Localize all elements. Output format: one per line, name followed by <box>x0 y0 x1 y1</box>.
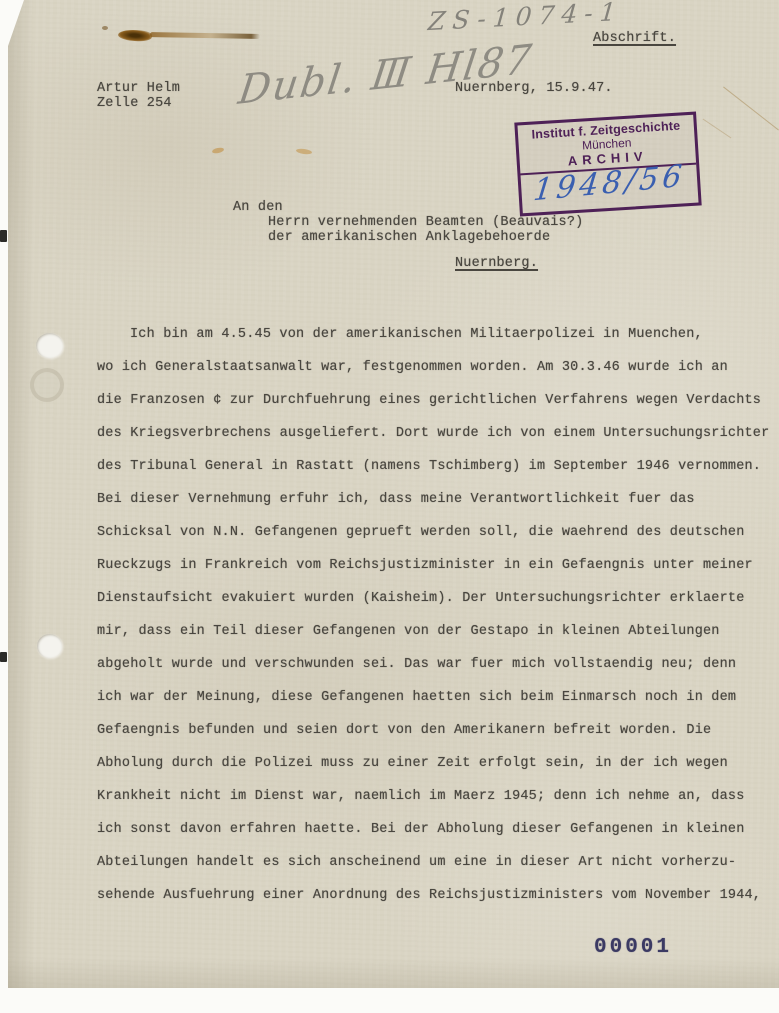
body-line: Bei dieser Vernehmung erfuhr ich, dass m… <box>97 492 745 507</box>
body-line: die Franzosen ¢ zur Durchfuehrung eines … <box>97 393 745 408</box>
body-line: Ich bin am 4.5.45 von der amerikanischen… <box>97 327 778 342</box>
body-line: ich war der Meinung, diese Gefangenen ha… <box>97 690 745 705</box>
scan-edge-mark <box>0 652 7 662</box>
copy-label: Abschrift. <box>593 31 676 46</box>
body-line: des Kriegsverbrechens ausgeliefert. Dort… <box>97 426 745 441</box>
body-line: Dienstaufsicht evakuiert wurden (Kaishei… <box>97 591 745 606</box>
hole-punch <box>36 333 63 358</box>
hole-punch-ghost <box>30 368 64 402</box>
address-salutation: An den <box>233 200 283 215</box>
body-line: mir, dass ein Teil dieser Gefangenen von… <box>97 624 745 639</box>
paper-edge-shadow-left <box>8 0 34 988</box>
sender-cell: Zelle 254 <box>97 96 172 111</box>
body-line: Abteilungen handelt es sich anscheinend … <box>97 855 745 870</box>
body-line: abgeholt wurde und verschwunden sei. Das… <box>97 657 745 672</box>
body-line: Gefaengnis befunden und seien dort von d… <box>97 723 745 738</box>
body-line: sehende Ausfuehrung einer Anordnung des … <box>97 888 745 903</box>
body-line: Schicksal von N.N. Gefangenen geprueft w… <box>97 525 745 540</box>
rust-mark <box>102 26 108 30</box>
document-scan: ZS-1074-1 Abschrift. Artur Helm Zelle 25… <box>0 0 779 1013</box>
scan-edge-mark <box>0 230 7 242</box>
archive-stamp: Institut f. Zeitgeschichte München ARCHI… <box>514 112 701 217</box>
body-line: Krankheit nicht im Dienst war, naemlich … <box>97 789 745 804</box>
body-line: ich sonst davon erfahren haette. Bei der… <box>97 822 745 837</box>
hole-punch <box>37 634 62 658</box>
body-line: Abholung durch die Polizei muss zu einer… <box>97 756 745 771</box>
page-number-stamp: 00001 <box>594 936 672 959</box>
body-line: wo ich Generalstaatsanwalt war, festgeno… <box>97 360 745 375</box>
address-recipient: Herrn vernehmenden Beamten (Beauvais?) <box>268 215 583 230</box>
paper-corner-clip <box>8 0 24 46</box>
dateline: Nuernberg, 15.9.47. <box>455 81 613 96</box>
paper-edge-shadow-bottom <box>8 958 779 988</box>
sender-name: Artur Helm <box>97 81 180 96</box>
body-line: Rueckzugs in Frankreich vom Reichsjustiz… <box>97 558 745 573</box>
body-line: des Tribunal General in Rastatt (namens … <box>97 459 745 474</box>
address-agency: der amerikanischen Anklagebehoerde <box>268 230 550 245</box>
address-city: Nuernberg. <box>455 256 538 271</box>
